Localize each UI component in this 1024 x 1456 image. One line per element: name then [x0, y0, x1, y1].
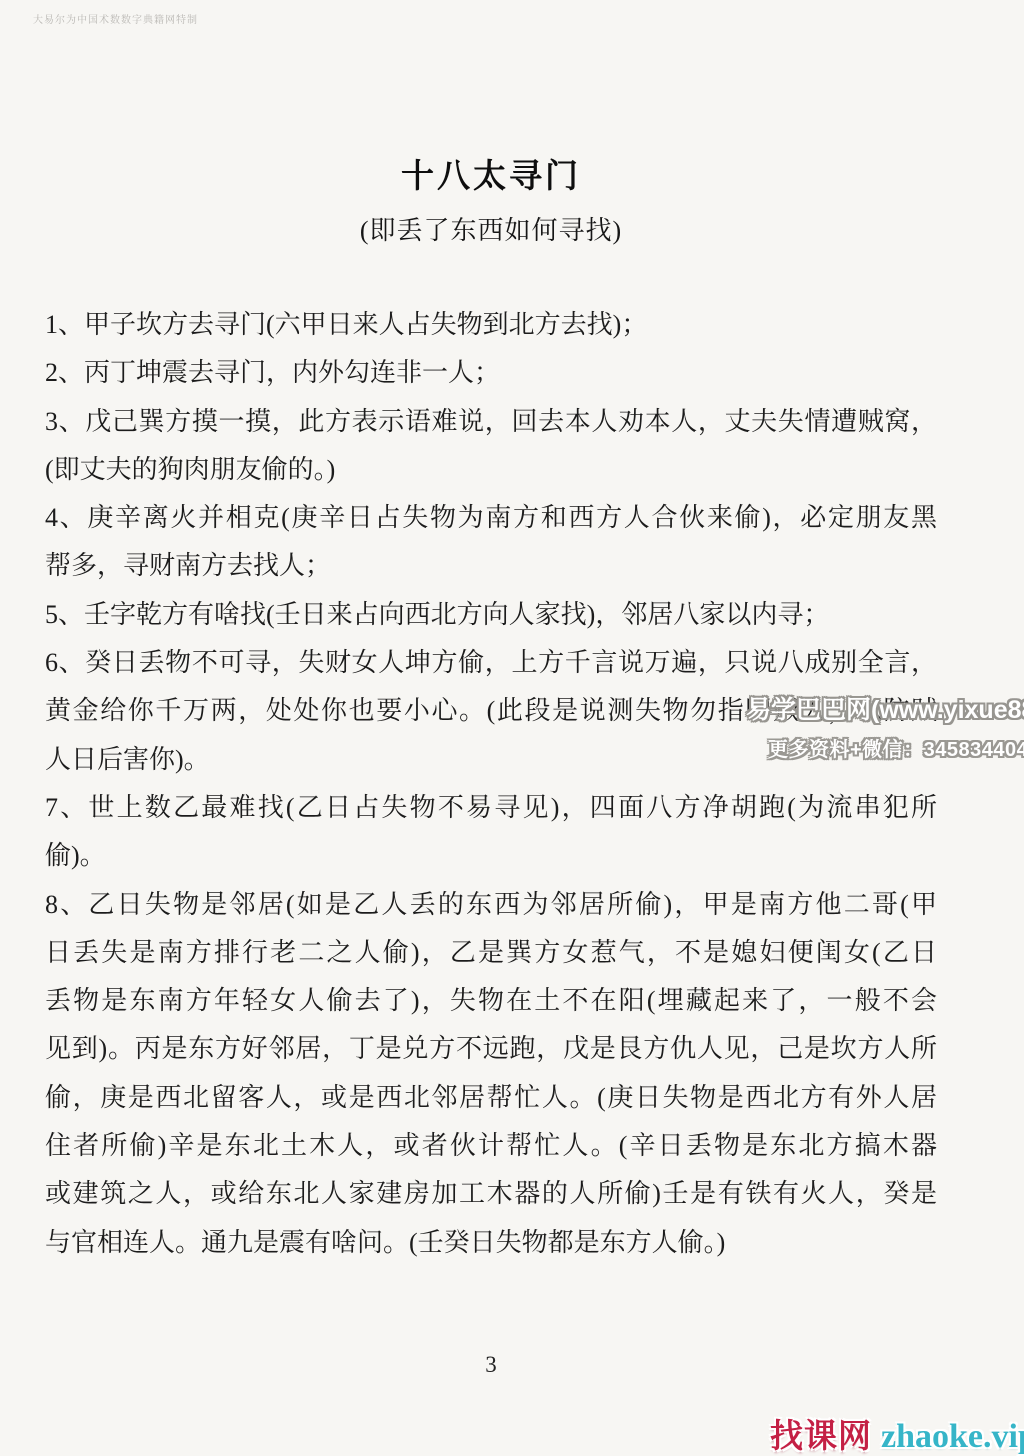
scanned-document-page: 大易尔为中国术数数字典籍网特制 十八太寻门 (即丢了东西如何寻找) 1、甲子坎方…: [0, 0, 1024, 1456]
text-line: 日丢失是南方排行老二之人偷)，乙是巽方女惹气，不是媳妇便闺女(乙日: [45, 929, 937, 977]
text-line: 帮多，寻财南方去找人；: [45, 542, 937, 590]
text-line: 5、壬字乾方有啥找(壬日来占向西北方向人家找)，邻居八家以内寻；: [45, 591, 937, 639]
text-line: 见到)。丙是东方好邻居，丁是兑方不远跑，戊是艮方仇人见，己是坎方人所: [45, 1025, 937, 1073]
text-line: 2、丙丁坤震去寻门，内外勾连非一人；: [45, 349, 937, 397]
text-line: 8、乙日失物是邻居(如是乙人丢的东西为邻居所偷)，甲是南方他二哥(甲: [45, 881, 937, 929]
page-title: 十八太寻门: [45, 150, 937, 197]
text-line: 住者所偷)辛是东北土木人，或者伙计帮忙人。(辛日丢物是东北方搞木器: [45, 1122, 937, 1170]
zhaoke-site-name: 找课网: [770, 1410, 872, 1456]
text-line: 偷)。: [45, 832, 937, 880]
zhaoke-site-url: zhaoke.vip: [881, 1418, 1024, 1456]
body-text: 1、甲子坎方去寻门(六甲日来人占失物到北方去找)； 2、丙丁坤震去寻门，内外勾连…: [45, 301, 937, 1267]
page-number: 3: [45, 1352, 937, 1378]
text-line: 1、甲子坎方去寻门(六甲日来人占失物到北方去找)；: [45, 301, 937, 349]
text-line: 与官相连人。通九是震有啥问。(壬癸日失物都是东方人偷。): [45, 1219, 937, 1267]
text-line: 4、庚辛离火并相克(庚辛日占失物为南方和西方人合伙来偷)，必定朋友黑: [45, 494, 937, 542]
text-line: 黄金给你千万两，处处你也要小心。(此段是说测失物勿指明贼人，以防贼: [45, 687, 937, 735]
text-line: 丢物是东南方年轻女人偷去了)，失物在土不在阳(埋藏起来了，一般不会: [45, 977, 937, 1025]
text-line: 人日后害你)。: [45, 736, 937, 784]
zhaoke-watermark: 找课网 zhaoke.vip: [770, 1410, 1024, 1456]
corner-watermark-text: 大易尔为中国术数数字典籍网特制: [33, 11, 198, 26]
text-line: 7、世上数乙最难找(乙日占失物不易寻见)，四面八方净胡跑(为流串犯所: [45, 784, 937, 832]
text-line: 3、戊己巽方摸一摸，此方表示语难说，回去本人劝本人，丈夫失情遭贼窝，: [45, 398, 937, 446]
text-line: (即丈夫的狗肉朋友偷的。): [45, 446, 937, 494]
page-subtitle: (即丢了东西如何寻找): [45, 210, 937, 247]
text-line: 或建筑之人，或给东北人家建房加工木器的人所偷)壬是有铁有火人，癸是: [45, 1170, 937, 1218]
text-line: 6、癸日丢物不可寻，失财女人坤方偷，上方千言说万遍，只说八成别全言，: [45, 639, 937, 687]
text-line: 偷，庚是西北留客人，或是西北邻居帮忙人。(庚日失物是西北方有外人居: [45, 1074, 937, 1122]
